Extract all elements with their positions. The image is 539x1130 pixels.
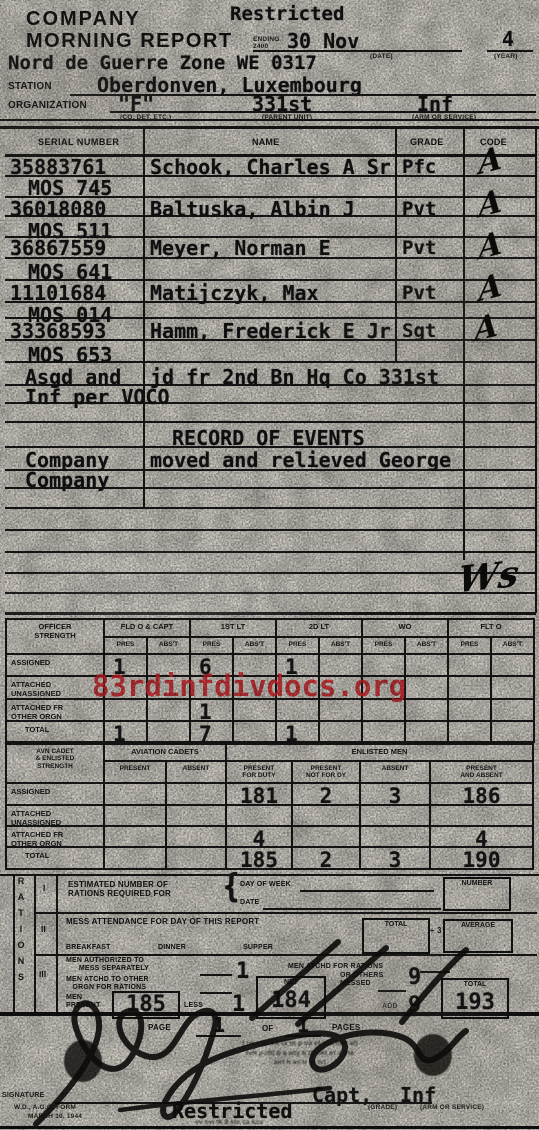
classification-top: Restricted — [230, 5, 344, 25]
enlisted-cell — [361, 827, 429, 846]
ending-label: ENDING 2400 — [253, 36, 279, 50]
roster-mos: MOS 653 — [28, 345, 112, 366]
officer-cell — [406, 677, 447, 698]
officer-group-flt-o: FLT O — [449, 620, 533, 636]
roster-name: Meyer, Norman E — [150, 238, 331, 259]
officer-sub-abst: ABS'T — [492, 638, 533, 653]
officer-sub-abst: ABS'T — [320, 638, 361, 653]
enlisted-cell — [293, 806, 359, 825]
enlisted-cell — [105, 848, 165, 868]
date-caption: (DATE) — [370, 53, 393, 60]
enlisted-cell — [167, 806, 225, 825]
officer-cell — [320, 722, 361, 741]
enlisted-cell: 190 — [431, 848, 532, 868]
officer-sub-pres: PRES — [105, 638, 146, 653]
roster-serial: 35883761 — [10, 157, 106, 178]
number-box: NUMBER — [443, 877, 511, 911]
officer-cell — [492, 655, 533, 675]
officer-cell — [234, 700, 275, 720]
officer-cell — [363, 722, 404, 741]
officer-row-label: ASSIGNED — [7, 655, 103, 675]
officer-cell — [492, 700, 533, 720]
header-rule-2 — [0, 126, 539, 129]
ruled-line — [5, 421, 536, 423]
roster-serial: 36867559 — [10, 238, 106, 259]
date-field-line — [263, 908, 441, 910]
roster-grade: Pvt — [402, 284, 436, 304]
form-title-line1: COMPANY — [26, 8, 141, 31]
handwritten-code: A — [477, 267, 503, 309]
number-box-label: NUMBER — [445, 880, 509, 887]
signature-stroke — [298, 948, 386, 1024]
organization-label: ORGANIZATION — [8, 100, 87, 112]
roster-serial: 33368593 — [10, 321, 106, 342]
officer-sub-abst: ABS'T — [406, 638, 447, 653]
ruled-line-heavy — [5, 612, 536, 615]
estimated-rations-label: ESTIMATED NUMBER OF RATIONS REQUIRED FOR — [68, 880, 171, 898]
day-of-week-label: DAY OF WEEK — [240, 881, 291, 889]
enlisted-cell — [431, 806, 532, 825]
officer-cell — [492, 677, 533, 698]
ruled-line — [5, 572, 536, 574]
roster-grade: Pvt — [402, 239, 436, 259]
enlisted-sub-present: PRESENT — [105, 762, 165, 782]
enlisted-cell — [227, 806, 291, 825]
enlisted-cell — [167, 848, 225, 868]
rations-section-rule — [34, 912, 537, 914]
enlisted-sub-absent: ABSENT — [167, 762, 225, 782]
remark-line2: Inf per VOCO — [25, 387, 170, 408]
roster-vline-right — [535, 127, 537, 613]
roster-grade: Sgt — [402, 322, 436, 342]
enlisted-cell: 2 — [293, 784, 359, 804]
col-header-name: NAME — [252, 137, 279, 147]
enlisted-sub-present-for-duty: PRESENT FOR DUTY — [227, 762, 291, 782]
officer-cell — [363, 700, 404, 720]
officer-cell — [320, 700, 361, 720]
handwritten-initials: Ws — [456, 552, 521, 601]
handwritten-signature — [0, 930, 539, 1130]
rations-numeral-1: I — [43, 884, 45, 893]
enlisted-cell: 181 — [227, 784, 291, 804]
enlisted-row-label: ATTACHED FR OTHER ORGN — [7, 827, 103, 846]
average-box-label: AVERAGE — [445, 922, 511, 929]
officer-cell — [277, 700, 318, 720]
officer-corner-label: OFFICER STRENGTH — [7, 620, 103, 653]
year-caption: (YEAR) — [494, 53, 518, 60]
officer-cell — [234, 722, 275, 741]
enlisted-cell: 2 — [293, 848, 359, 868]
roster-grade: Pvt — [402, 200, 436, 220]
enlisted-cell — [105, 827, 165, 846]
roster-name: Hamm, Frederick E Jr — [150, 321, 391, 342]
enlisted-sub-present-not-for-dy: PRESENT NOT FOR DY — [293, 762, 359, 782]
officer-cell — [449, 677, 490, 698]
officer-cell — [449, 722, 490, 741]
roster-vline-code — [463, 127, 465, 560]
roster-serial: 36018080 — [10, 199, 106, 220]
enlisted-cell — [105, 806, 165, 825]
officer-group-2d-lt: 2D LT — [277, 620, 361, 636]
officer-cell — [148, 700, 189, 720]
enlisted-sub-present-and-absent: PRESENT AND ABSENT — [431, 762, 532, 782]
officer-cell — [406, 655, 447, 675]
enlisted-cell — [167, 784, 225, 804]
officer-group-wo: WO — [363, 620, 447, 636]
roster-name: Baltuska, Albin J — [150, 199, 355, 220]
record-of-events-title: RECORD OF EVENTS — [172, 428, 365, 449]
officer-row-label: ATTACHED FR OTHER ORGN — [7, 700, 103, 720]
report-year: 4 — [502, 29, 514, 50]
handwritten-code: A — [477, 225, 503, 267]
officer-sub-pres: PRES — [277, 638, 318, 653]
enlisted-group-aviation-cadets: AVIATION CADETS — [105, 745, 225, 760]
officer-sub-pres: PRES — [191, 638, 232, 653]
handwritten-code: A — [473, 307, 499, 349]
officer-cell: 1 — [277, 722, 318, 741]
header-rule-1 — [0, 119, 539, 121]
enlisted-cell — [105, 784, 165, 804]
enlisted-cell — [293, 827, 359, 846]
officer-cell — [449, 700, 490, 720]
events-entry-col2: moved and relieved George — [150, 450, 451, 471]
officer-row-label: TOTAL — [7, 722, 103, 741]
officer-sub-pres: PRES — [449, 638, 490, 653]
enlisted-cell: 3 — [361, 784, 429, 804]
roster-mos: MOS 641 — [28, 262, 112, 283]
enlisted-sub-absent2: ABSENT — [361, 762, 429, 782]
day-of-week-line — [300, 890, 434, 892]
enlisted-cell: 3 — [361, 848, 429, 868]
col-header-grade: GRADE — [410, 137, 444, 147]
signature-stroke — [402, 950, 466, 1022]
enlisted-cell — [167, 827, 225, 846]
enlisted-group-enlisted-men: ENLISTED MEN — [227, 745, 532, 760]
enlisted-row-label: ATTACHED UNASSIGNED — [7, 806, 103, 825]
roster-mos: MOS 745 — [28, 178, 112, 199]
roster-name: Schook, Charles A Sr — [150, 157, 391, 178]
enlisted-cell: 186 — [431, 784, 532, 804]
signature-stroke — [252, 942, 338, 1018]
enlisted-cell: 4 — [431, 827, 532, 846]
mess-attendance-label: MESS ATTENDANCE FOR DAY OF THIS REPORT — [66, 917, 259, 926]
roster-vline-grade — [395, 127, 397, 362]
form-title-line2: MORNING REPORT — [26, 30, 233, 53]
officer-cell — [105, 700, 146, 720]
ruled-line — [5, 551, 536, 553]
ruled-line — [5, 529, 536, 531]
officer-group-fldo-capt: FLD O & CAPT — [105, 620, 189, 636]
year-underline — [487, 50, 533, 52]
handwritten-code: A — [477, 183, 503, 225]
officer-cell: 7 — [191, 722, 232, 741]
officer-cell — [406, 700, 447, 720]
officer-row-label: ATTACHED UNASSIGNED — [7, 677, 103, 698]
site-watermark: 83rdinfdivdocs.org — [92, 672, 406, 701]
brace: { — [222, 871, 241, 904]
report-date: 30 Nov — [287, 31, 359, 52]
enlisted-row-label: TOTAL — [7, 848, 103, 868]
enlisted-strength-table: AVN CADET & ENLISTED STRENGTH AVIATION C… — [5, 743, 534, 870]
roster-serial: 11101684 — [10, 283, 106, 304]
morning-report-scan: Restricted COMPANY MORNING REPORT ENDING… — [0, 0, 539, 1130]
officer-cell — [449, 655, 490, 675]
officer-sub-abst: ABS'T — [234, 638, 275, 653]
enlisted-corner-label: AVN CADET & ENLISTED STRENGTH — [7, 745, 103, 782]
signature-stroke — [120, 1088, 330, 1110]
enlisted-cell: 4 — [227, 827, 291, 846]
roster-grade: Pfc — [402, 158, 436, 178]
mess-total-box-label: TOTAL — [364, 921, 428, 928]
officer-sub-pres: PRES — [363, 638, 404, 653]
officer-cell: 1 — [191, 700, 232, 720]
officer-cell — [148, 722, 189, 741]
enlisted-cell — [361, 806, 429, 825]
rations-top-rule — [0, 874, 539, 876]
roster-name: Matijczyk, Max — [150, 283, 319, 304]
enlisted-row-label: ASSIGNED — [7, 784, 103, 804]
col-header-serial: SERIAL NUMBER — [38, 137, 119, 147]
station-label: STATION — [8, 81, 52, 93]
enlisted-cell: 185 — [227, 848, 291, 868]
officer-cell — [492, 722, 533, 741]
location-line: Nord de Guerre Zone WE 0317 — [8, 54, 317, 74]
officer-sub-abst: ABS'T — [148, 638, 189, 653]
officer-cell — [406, 722, 447, 741]
handwritten-code: A — [477, 140, 503, 182]
officer-cell: 1 — [105, 722, 146, 741]
date-field-label: DATE — [240, 899, 259, 907]
events-entry-line2: Company — [25, 470, 109, 491]
remark-col2: jd fr 2nd Bn Hq Co 331st — [150, 367, 439, 388]
officer-group-1st-lt: 1ST LT — [191, 620, 275, 636]
organization-underline — [110, 111, 536, 113]
ruled-line — [5, 507, 536, 509]
